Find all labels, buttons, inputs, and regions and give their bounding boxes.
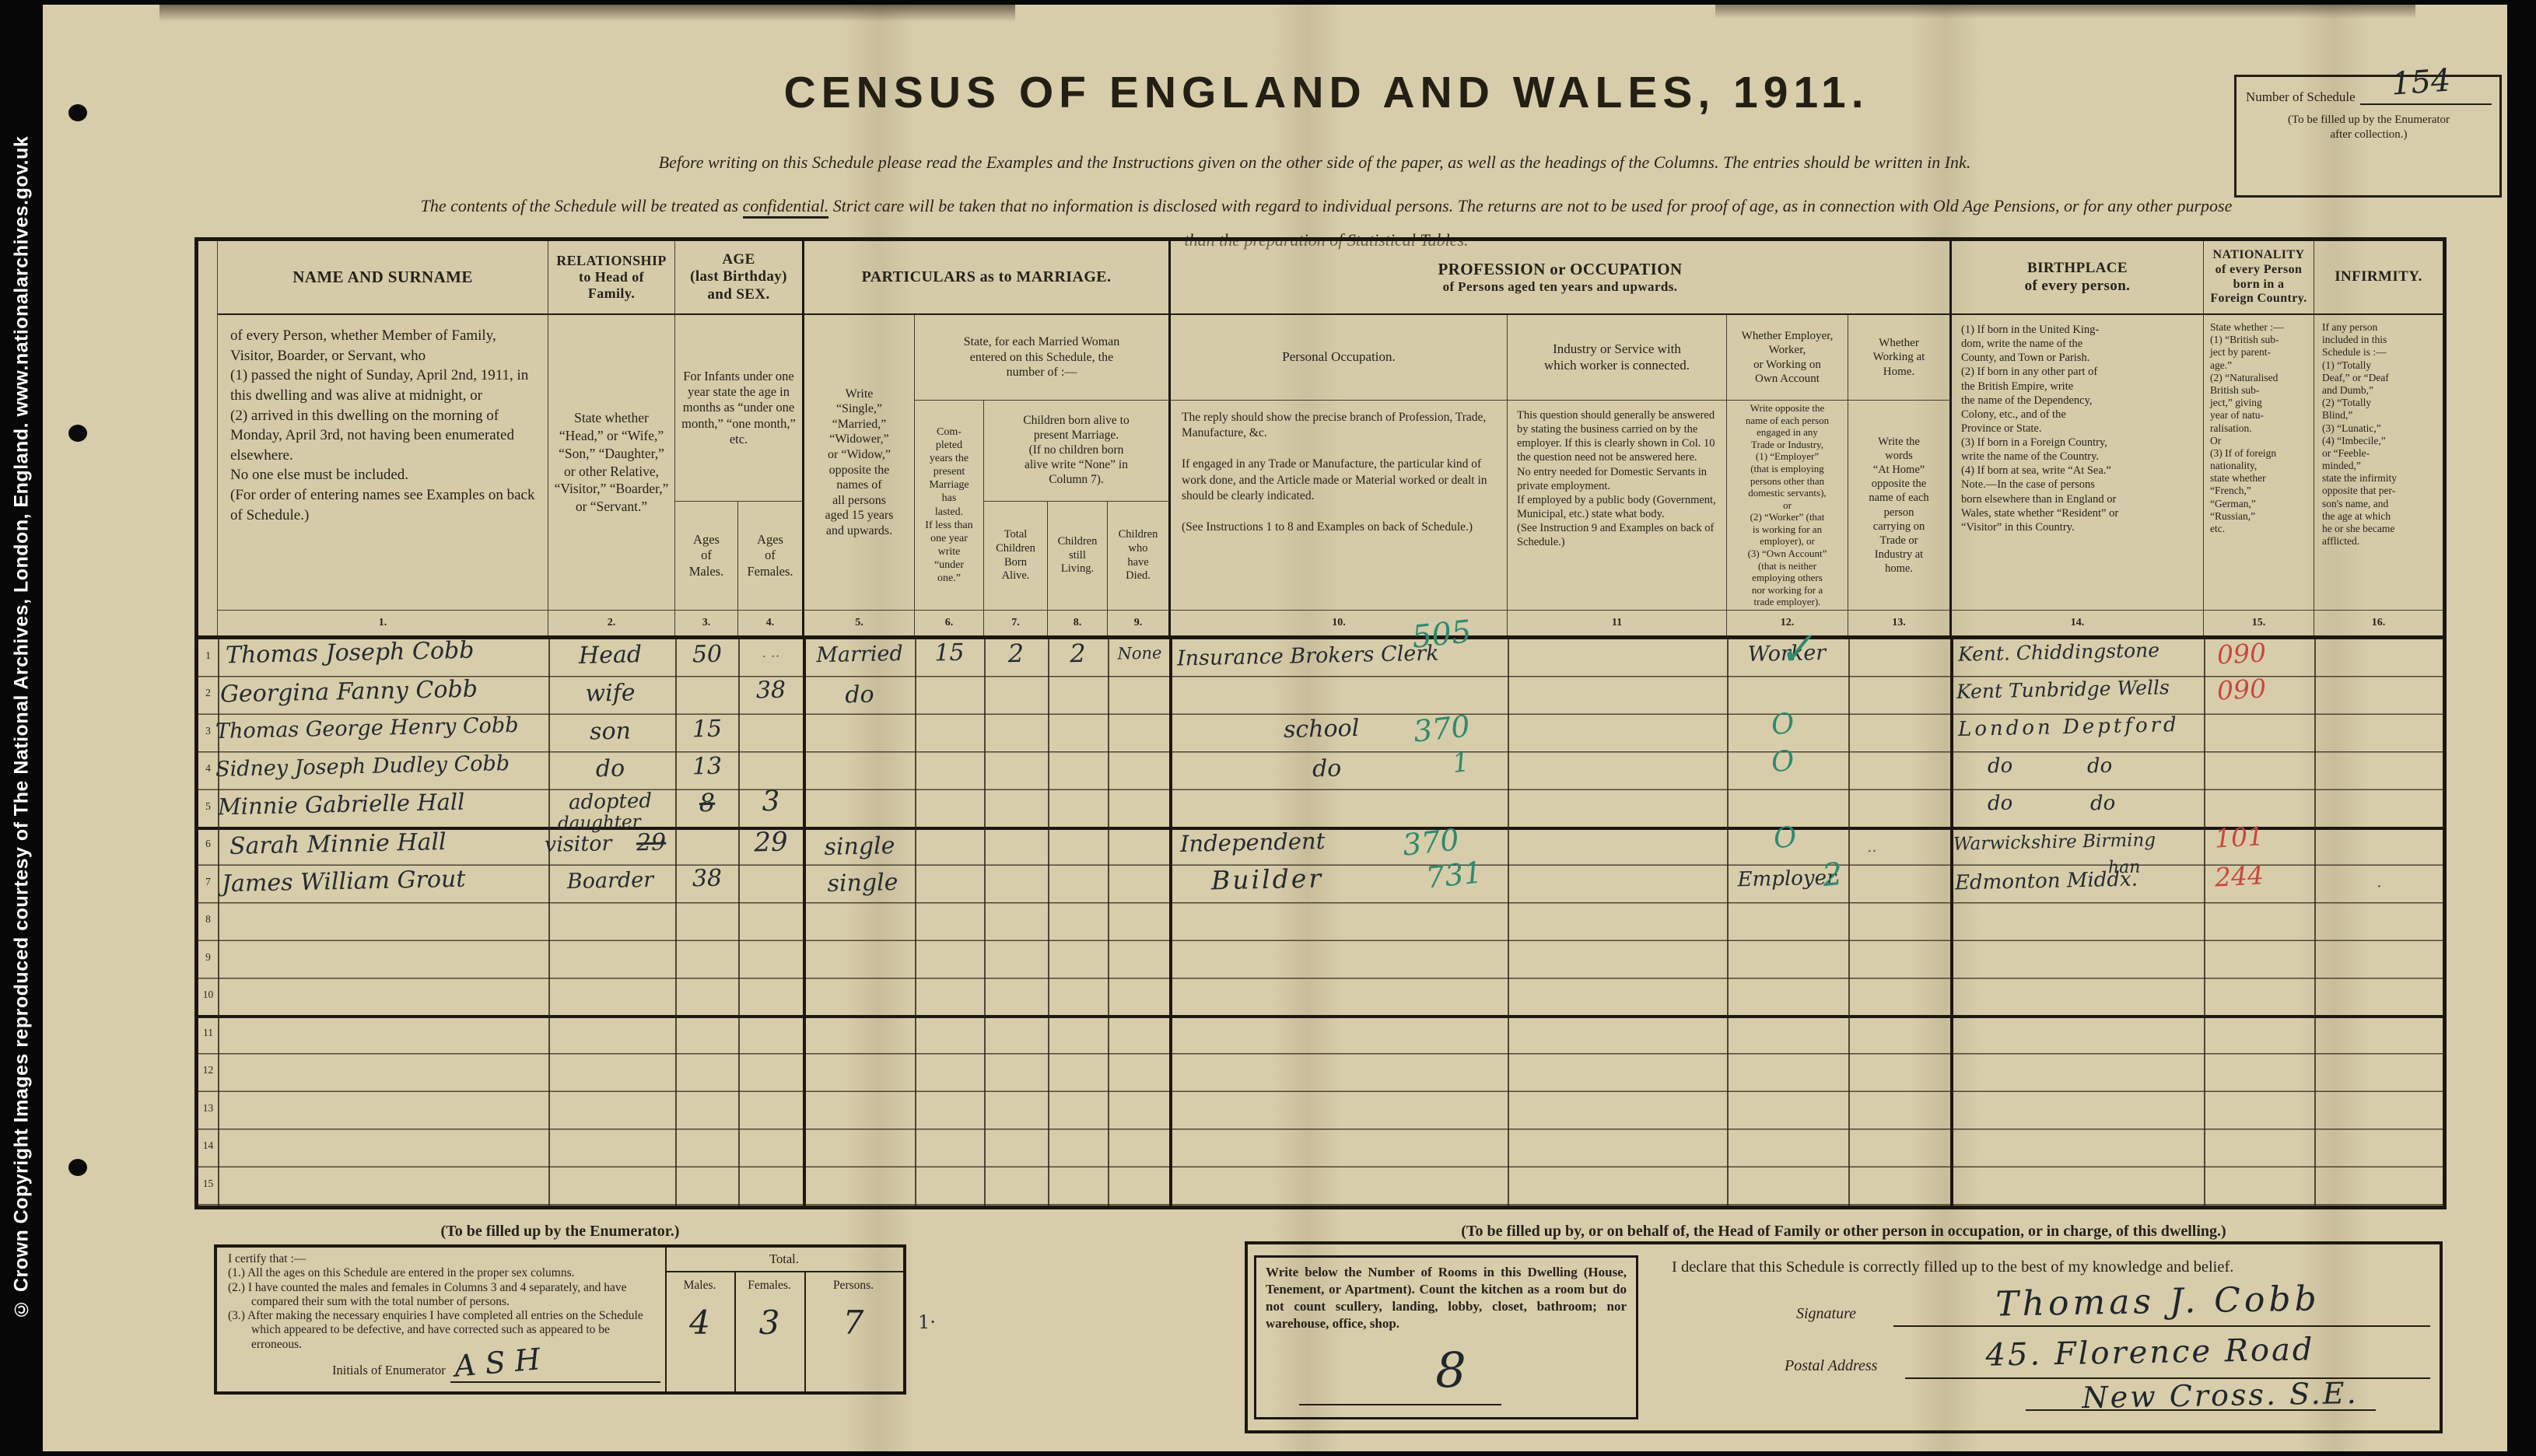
entry-6-relationship: visitor <box>545 833 612 856</box>
col-header-employment: Whether Employer, Worker, or Working on … <box>1727 315 1848 401</box>
col-number-5: 5. <box>804 611 915 635</box>
col-number-14: 14. <box>1952 611 2204 635</box>
col-header-profession-line1: PROFESSION or OCCUPATION <box>1438 260 1682 279</box>
col-header-name: NAME AND SURNAME <box>218 241 548 315</box>
col-header-industry-text: Industry or Service with which worker is… <box>1544 341 1690 373</box>
entry-6-occupation-code: 370 <box>1401 824 1460 859</box>
col-header-name-label: NAME AND SURNAME <box>292 268 473 287</box>
entry-2-name: Georgina Fanny Cobb <box>220 678 478 707</box>
signature-line <box>1893 1325 2430 1327</box>
col-desc-employment: Write opposite the name of each person e… <box>1727 401 1848 611</box>
signature-value: Thomas J. Cobb <box>1917 1278 2400 1326</box>
total-underline <box>665 1271 903 1272</box>
row-number-column-header <box>198 241 218 635</box>
col-desc-relationship-text: State whether “Head,” or “Wife,” “Son,” … <box>554 409 669 516</box>
col-desc-name-text: of every Person, whether Member of Famil… <box>230 326 535 525</box>
col-desc-children-sub: Children born alive to present Marriage.… <box>984 401 1171 502</box>
certify-item-2: (2.) I have counted the males and female… <box>228 1281 660 1310</box>
entry-2-birthplace: Kent Tunbridge Wells <box>1956 677 2170 702</box>
declaration-box: Write below the Number of Rooms in this … <box>1245 1241 2443 1433</box>
entry-1-nationality-code: 090 <box>2216 639 2267 667</box>
row-number: 1 <box>198 649 218 662</box>
total-label: Total. <box>665 1251 903 1267</box>
entry-1-age-male: 50 <box>677 642 738 667</box>
entry-1-children-died: None <box>1109 645 1170 663</box>
col-desc-industry: This question should generally be answer… <box>1508 401 1727 611</box>
col-number-4: 4. <box>738 611 804 635</box>
grid-vline-thick <box>1169 639 1172 1206</box>
col-header-personal-occupation: Personal Occupation. <box>1171 315 1508 401</box>
entry-3-occupation: school <box>1284 717 1360 742</box>
entry-3-relationship: son <box>550 719 671 744</box>
persons-label: Persons. <box>806 1279 901 1293</box>
entry-4-birthplace-do2: do <box>2087 756 2113 777</box>
grid-vline <box>984 639 986 1206</box>
col-desc-infirmity: If any person included in this Schedule … <box>2314 315 2443 611</box>
enumerator-certify: I certify that :— (1.) All the ages on t… <box>228 1252 660 1352</box>
col-header-birthplace: BIRTHPLACE of every person. <box>1952 241 2204 315</box>
entry-7-occupation: Builder <box>1211 865 1324 893</box>
col-number-13: 13. <box>1848 611 1952 635</box>
thick-rule-after-row10 <box>198 1015 2443 1018</box>
signature-label: Signature <box>1796 1305 1856 1323</box>
entry-5-name: Minnie Gabrielle Hall <box>218 791 465 819</box>
col-header-athome: Whether Working at Home. <box>1848 315 1952 401</box>
postal-address-label: Postal Address <box>1785 1357 1877 1375</box>
postal-address-line2 <box>2026 1409 2376 1411</box>
entry-5-birthplace-do1: do <box>1988 793 2013 814</box>
col-desc-occupation-text: The reply should show the precise branch… <box>1182 410 1496 535</box>
col-number-11: 11 <box>1508 611 1727 635</box>
col-number-9: 9. <box>1108 611 1171 635</box>
col-desc-married-woman: State, for each Married Woman entered on… <box>915 315 1171 401</box>
entry-6-age-female: 29 <box>740 828 803 856</box>
entry-1-occupation: Insurance Brokers Clerk <box>1177 642 1439 669</box>
col-header-athome-text: Whether Working at Home. <box>1873 336 1925 379</box>
census-table-body: 1 2 3 4 5 6 7 8 9 10 11 12 13 14 15 Thom… <box>194 635 2447 1209</box>
col-desc-completed-years: Com- pleted years the present Marriage h… <box>915 401 984 611</box>
row-number: 9 <box>198 951 218 964</box>
entry-5-age-female: 3 <box>740 787 803 817</box>
grid-vline-thick <box>1950 639 1953 1206</box>
row-number: 7 <box>198 876 218 888</box>
entry-1-occupation-code: 505 <box>1410 616 1473 653</box>
col-header-ages-males-text: Ages of Males. <box>689 532 723 579</box>
certify-item-3: (3.) After making the necessary enquirie… <box>228 1309 660 1352</box>
grid-vline <box>1848 639 1850 1206</box>
page-title: CENSUS OF ENGLAND AND WALES, 1911. <box>665 67 1988 118</box>
declaration-section-title: (To be filled up by, or on behalf of, th… <box>1245 1223 2443 1241</box>
entry-1-employment-mark: ✓ <box>1775 627 1816 674</box>
entry-5-birthplace-do2: do <box>2090 793 2116 814</box>
schedule-number-line: 154 <box>2360 85 2492 105</box>
females-label: Females. <box>736 1279 803 1293</box>
col-desc-infants: For Infants under one year state the age… <box>675 315 804 502</box>
entry-1-years-married: 15 <box>916 641 983 666</box>
schedule-number-value: 154 <box>2390 62 2451 102</box>
col-number-8: 8. <box>1048 611 1108 635</box>
entry-5-relationship: adopted <box>550 790 671 813</box>
col-number-3: 3. <box>675 611 738 635</box>
rooms-value: 8 <box>1396 1342 1505 1398</box>
entry-6-birthplace: Warwickshire Birming <box>1953 831 2156 853</box>
row-number: 11 <box>198 1027 218 1039</box>
enumerator-section-title: (To be filled up by the Enumerator.) <box>214 1223 906 1241</box>
declaration-text: I declare that this Schedule is correctl… <box>1672 1258 2438 1276</box>
col-header-marriage: PARTICULARS as to MARRIAGE. <box>804 241 1171 315</box>
entry-6-nationality-code: 101 <box>2214 823 2265 851</box>
entry-7-marital: single <box>809 871 917 897</box>
entry-4-age-male: 13 <box>677 754 738 779</box>
entry-6-home-mark: ·· <box>1867 843 1877 859</box>
preamble-confidential-pre: The contents of the Schedule will be tre… <box>421 196 743 215</box>
entry-4-occupation: do <box>1312 758 1342 782</box>
grid-vline <box>1727 639 1729 1206</box>
grid-vline <box>1508 639 1509 1206</box>
schedule-number-note: (To be filled up by the Enumerator after… <box>2246 113 2492 142</box>
col-desc-occupation: The reply should show the precise branch… <box>1171 401 1508 611</box>
entry-4-birthplace-do1: do <box>1988 756 2013 777</box>
col-desc-married-woman-text: State, for each Married Woman entered on… <box>964 334 1120 380</box>
col-header-profession-line2: of Persons aged ten years and upwards. <box>1443 279 1678 295</box>
males-value: 4 <box>667 1304 733 1342</box>
entry-1-children-living: 2 <box>1049 640 1107 667</box>
col-header-children-died-text: Children who have Died. <box>1119 528 1158 583</box>
entry-3-age-male: 15 <box>677 717 738 742</box>
entry-7-relationship: Boarder <box>550 869 671 892</box>
grid-vline-thick <box>803 639 806 1206</box>
grid-vline <box>2314 639 2316 1206</box>
col-desc-birthplace: (1) If born in the United King- dom, wri… <box>1952 315 2204 611</box>
entry-6-occupation: Independent <box>1180 830 1326 856</box>
col-desc-infants-text: For Infants under one year state the age… <box>681 369 797 447</box>
entry-7-birthplace: Edmonton Middx. <box>1955 870 2138 894</box>
row-number: 5 <box>198 800 218 813</box>
entry-5-age-male-struck: 8 <box>677 789 738 816</box>
col-desc-athome-text: Write the words “At Home” opposite the n… <box>1869 435 1928 576</box>
hole-punch <box>68 425 87 442</box>
entry-4-name: Sidney Joseph Dudley Cobb <box>215 753 510 780</box>
col-header-nationality: NATIONALITY of every Person born in a Fo… <box>2204 241 2314 315</box>
row-number: 10 <box>198 989 218 1001</box>
col-header-birthplace-label: BIRTHPLACE of every person. <box>2025 260 2131 295</box>
col-desc-infirmity-text: If any person included in this Schedule … <box>2322 321 2397 548</box>
row-number: 14 <box>198 1139 218 1152</box>
females-value: 3 <box>736 1304 803 1342</box>
col-header-children-born-text: Total Children Born Alive. <box>996 528 1035 583</box>
col-desc-athome: Write the words “At Home” opposite the n… <box>1848 401 1952 611</box>
entry-7-nationality-code: 244 <box>2214 862 2265 890</box>
initials-label: Initials of Enumerator <box>332 1363 446 1378</box>
col-header-children-living: Children still Living. <box>1048 502 1108 611</box>
col-header-children-born: Total Children Born Alive. <box>984 502 1048 611</box>
entry-1-children-born: 2 <box>986 640 1047 667</box>
grid-vline <box>915 639 916 1206</box>
col-desc-completed-years-text: Com- pleted years the present Marriage h… <box>925 425 972 585</box>
entry-3-birthplace: London Deptford <box>1958 715 2180 740</box>
entry-3-name: Thomas George Henry Cobb <box>215 715 519 742</box>
col-number-1: 1. <box>218 611 548 635</box>
entry-7-age-male: 38 <box>677 866 738 891</box>
col-number-2: 2. <box>548 611 675 635</box>
stray-ink-mark: 1· <box>918 1311 936 1333</box>
entry-7-infirmity-mark: · <box>2377 879 2382 896</box>
scan-shadow <box>1715 5 2415 19</box>
col-desc-name: of every Person, whether Member of Famil… <box>218 315 548 611</box>
preamble-confidential: The contents of the Schedule will be tre… <box>210 196 2443 216</box>
entry-1-name: Thomas Joseph Cobb <box>226 639 475 668</box>
col-header-relationship-label: RELATIONSHIP to Head of Family. <box>556 253 667 303</box>
entry-7-name: James William Grout <box>222 868 466 897</box>
grid-vline <box>1048 639 1049 1206</box>
crown-copyright-strip: © Crown Copyright Images reproduced cour… <box>2 0 42 1456</box>
entry-2-marital: do <box>806 683 914 709</box>
scanned-census-page: { "meta": { "copyright": "© Crown Copyri… <box>0 0 2536 1456</box>
col-header-industry: Industry or Service with which worker is… <box>1508 315 1727 401</box>
preamble-instructions: Before writing on this Schedule please r… <box>296 152 2334 173</box>
entry-1-relationship: Head <box>550 642 671 668</box>
hole-punch <box>68 104 87 121</box>
col-header-profession: PROFESSION or OCCUPATION of Persons aged… <box>1171 241 1952 315</box>
col-header-marriage-label: PARTICULARS as to MARRIAGE. <box>862 268 1112 287</box>
entry-2-age-female: 38 <box>740 678 803 703</box>
entry-2-relationship: wife <box>550 681 671 706</box>
col-desc-employment-text: Write opposite the name of each person e… <box>1746 402 1829 608</box>
grid-vline <box>1108 639 1109 1206</box>
schedule-number-box: Number of Schedule 154 (To be filled up … <box>2234 75 2502 198</box>
initials-value: A S H <box>453 1342 541 1383</box>
schedule-number-label: Number of Schedule <box>2246 89 2356 105</box>
col-header-age: AGE (last Birthday) and SEX. <box>675 241 804 315</box>
rooms-line <box>1299 1404 1501 1405</box>
col-desc-nationality: State whether :— (1) “British sub- ject … <box>2204 315 2314 611</box>
entry-6-employment-mark: O <box>1772 824 1798 854</box>
entry-2-nationality-code: 090 <box>2216 675 2267 703</box>
entry-3-employment-mark: O <box>1770 710 1795 740</box>
col-number-15: 15. <box>2204 611 2314 635</box>
entry-6-relationship-struck: 29 <box>636 831 667 856</box>
col-desc-marital-text: Write “Single,” “Married,” “Widower,” or… <box>825 387 894 538</box>
col-number-6: 6. <box>915 611 984 635</box>
row-number: 8 <box>198 913 218 926</box>
preamble-confidential-post: Strict care will be taken that no inform… <box>828 196 2232 215</box>
scan-shadow <box>159 5 1015 22</box>
col-desc-birthplace-text: (1) If born in the United King- dom, wri… <box>1961 323 2118 534</box>
row-number: 15 <box>198 1178 218 1190</box>
initials-line <box>450 1381 660 1383</box>
confidential-underlined: confidential. <box>743 196 829 219</box>
col-header-age-label: AGE (last Birthday) and SEX. <box>690 251 787 303</box>
entry-7-employment-mark: 2 <box>1821 859 1844 891</box>
col-header-ages-females-text: Ages of Females. <box>747 532 793 579</box>
col-header-children-died: Children who have Died. <box>1108 502 1171 611</box>
col-desc-marital: Write “Single,” “Married,” “Widower,” or… <box>804 315 915 611</box>
entry-4-relationship: do <box>550 756 671 782</box>
grid-vline <box>738 639 740 1206</box>
rooms-instructions: Write below the Number of Rooms in this … <box>1266 1264 1627 1332</box>
col-desc-relationship: State whether “Head,” or “Wife,” “Son,” … <box>548 315 675 611</box>
row-number: 13 <box>198 1102 218 1115</box>
entry-5-relationship-line2: daughter <box>558 814 641 833</box>
row-number: 6 <box>198 838 218 850</box>
rooms-box: Write below the Number of Rooms in this … <box>1254 1255 1638 1419</box>
persons-value: 7 <box>806 1304 901 1342</box>
enumerator-box: I certify that :— (1.) All the ages on t… <box>214 1244 906 1395</box>
entry-4-employment-mark: O <box>1770 747 1795 778</box>
row-number: 12 <box>198 1064 218 1076</box>
entry-4-occupation-code: 1 <box>1451 749 1470 777</box>
entry-6-marital: single <box>806 835 914 860</box>
col-header-personal-occupation-text: Personal Occupation. <box>1282 349 1395 366</box>
postal-address-value1: 45. Florence Road <box>1932 1331 2369 1374</box>
col-header-relationship: RELATIONSHIP to Head of Family. <box>548 241 675 315</box>
col-header-nationality-label: NATIONALITY of every Person born in a Fo… <box>2210 248 2307 307</box>
col-desc-nationality-text: State whether :— (1) “British sub- ject … <box>2210 321 2283 535</box>
entry-1-birthplace: Kent. Chiddingstone <box>1958 640 2159 663</box>
col-header-ages-males: Ages of Males. <box>675 502 738 611</box>
hole-punch <box>68 1159 87 1176</box>
entry-3-occupation-code: 370 <box>1412 711 1471 746</box>
col-desc-children-sub-text: Children born alive to present Marriage.… <box>1023 414 1129 488</box>
census-table-header: NAME AND SURNAME of every Person, whethe… <box>194 237 2447 635</box>
col-header-ages-females: Ages of Females. <box>738 502 804 611</box>
col-number-16: 16. <box>2314 611 2443 635</box>
grid-vline <box>2204 639 2205 1206</box>
certify-item-1: (1.) All the ages on this Schedule are e… <box>228 1266 660 1280</box>
row-number: 2 <box>198 687 218 699</box>
col-header-employment-text: Whether Employer, Worker, or Working on … <box>1742 329 1834 386</box>
males-label: Males. <box>667 1279 733 1293</box>
col-header-infirmity: INFIRMITY. <box>2314 241 2443 315</box>
col-number-7: 7. <box>984 611 1048 635</box>
col-header-children-living-text: Children still Living. <box>1058 535 1098 576</box>
certify-intro: I certify that :— <box>228 1252 660 1266</box>
entry-1-ink-dots: · ·· <box>740 649 802 665</box>
entry-6-name: Sarah Minnie Hall <box>229 831 447 859</box>
col-header-infirmity-label: INFIRMITY. <box>2335 268 2422 285</box>
entry-1-marital: Married <box>806 643 914 667</box>
entry-7-occupation-code: 731 <box>1424 857 1483 892</box>
col-desc-industry-text: This question should generally be answer… <box>1517 408 1717 549</box>
